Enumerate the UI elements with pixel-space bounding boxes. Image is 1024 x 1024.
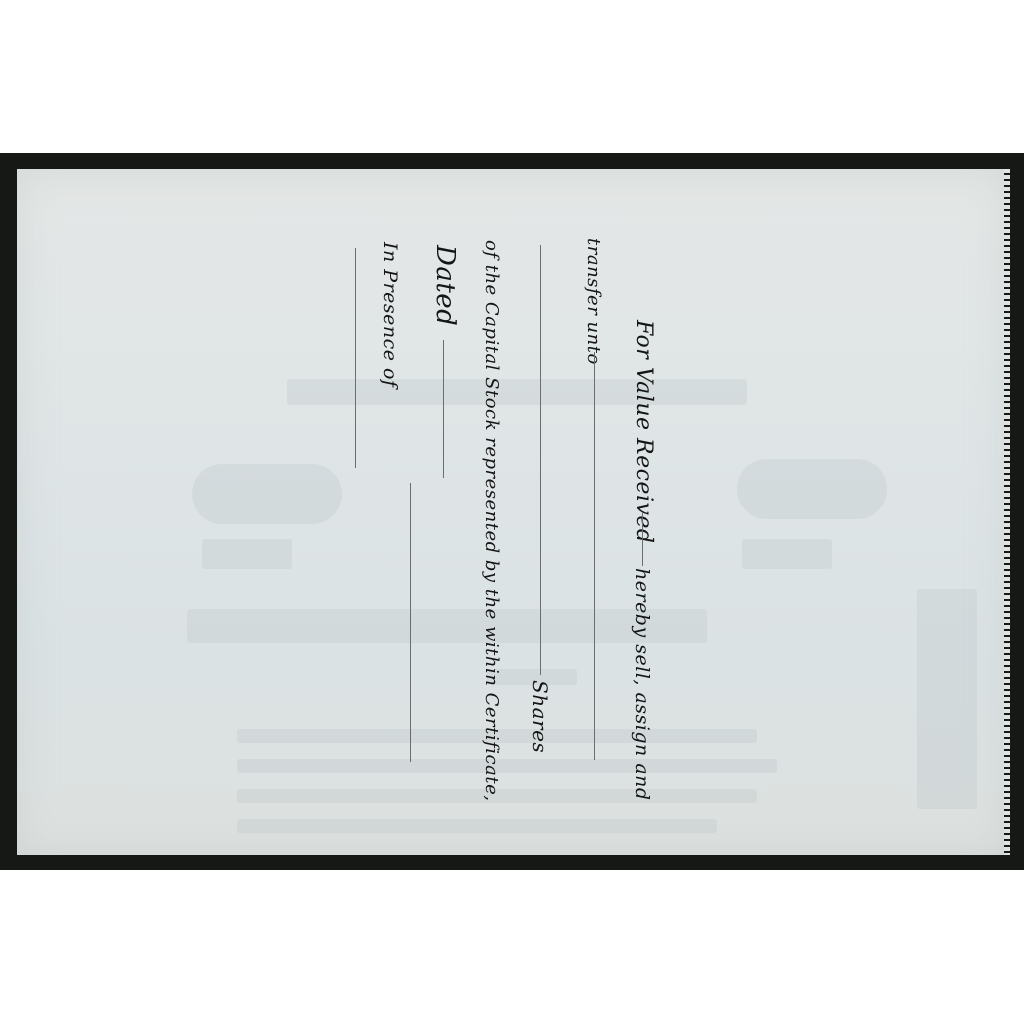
show-through-vignette-right — [737, 459, 887, 519]
show-through-stamp-left — [202, 539, 292, 569]
dated-label: Dated — [432, 245, 458, 326]
date-blank-line[interactable] — [443, 340, 444, 478]
hereby-sell-label: hereby sell, assign and — [632, 568, 651, 801]
show-through-body-line — [237, 819, 717, 833]
show-through-vignette-left — [192, 464, 342, 524]
transfer-unto-label: transfer unto — [584, 238, 602, 365]
witness-blank-line[interactable] — [355, 248, 356, 468]
in-presence-of-label: In Presence of — [380, 242, 399, 388]
value-blank-line[interactable] — [642, 512, 643, 566]
capital-stock-statement: of the Capital Stock represented by the … — [482, 240, 500, 801]
signature-blank-line[interactable] — [410, 483, 411, 762]
show-through-body-line — [237, 759, 777, 773]
shares-blank-line[interactable] — [540, 245, 541, 675]
show-through-company-title — [187, 609, 707, 643]
show-through-side-panel — [917, 589, 977, 809]
show-through-banner — [287, 379, 747, 405]
certificate-paper — [17, 169, 1007, 855]
shares-label: Shares — [530, 680, 550, 753]
transferee-blank-line[interactable] — [594, 352, 595, 760]
for-value-received-label: For Value Received — [632, 320, 654, 544]
show-through-stamp-right — [742, 539, 832, 569]
